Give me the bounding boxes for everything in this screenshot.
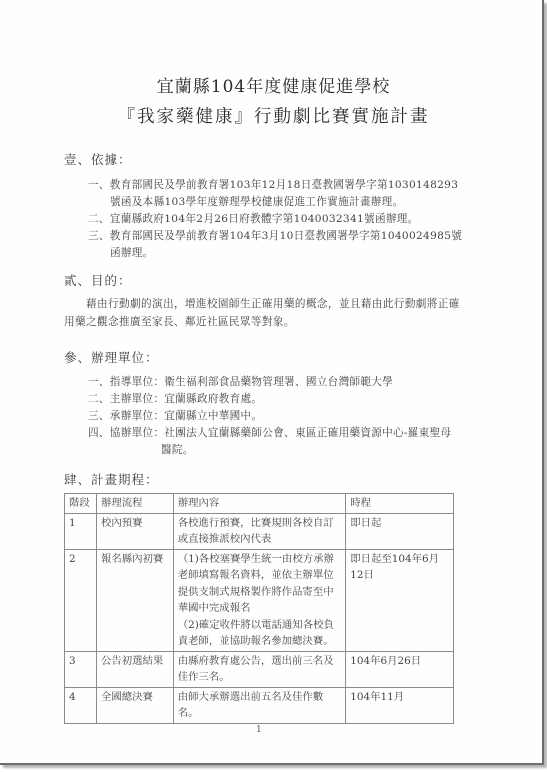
item-number: 四、	[88, 427, 110, 439]
basis-item-2: 二、宜蘭縣政府104年2月26日府教體字第1040032341號函辦理。	[88, 211, 419, 227]
item-text: 宜蘭縣政府教育處。	[164, 393, 262, 405]
cell-content: 各校進行預賽，比賽規則各校自訂 或直接推派校內代表	[173, 513, 346, 549]
item-label: 承辦單位：	[110, 410, 164, 422]
content-line: 提供支制式規格製作將作品寄至中	[178, 584, 342, 601]
content-line: 名。	[178, 705, 342, 722]
item-number: 三、	[88, 228, 110, 244]
organizer-guidance: 一、指導單位：衛生福利部食品藥物管理署、國立台灣師範大學	[88, 374, 393, 390]
cell-time: 104年6月26日	[346, 651, 454, 687]
cell-process: 報名縣內初賽	[96, 549, 173, 651]
content-line: 老師填寫報名資料，並依主辦單位	[178, 567, 342, 584]
cell-stage: 2	[65, 549, 97, 651]
item-number: 二、	[88, 211, 110, 227]
content-line: 各校進行預賽，比賽規則各校自訂	[178, 515, 342, 532]
basis-item-1-cont: 號函及本縣103學年度辦理學校健康促進工作實施計畫辦理。	[110, 194, 403, 210]
cell-time: 即日起	[346, 513, 454, 549]
item-text: 教育部國民及學前教育署103年12月18日臺教國署學字第1030148293	[110, 179, 458, 191]
cell-content: （1)各校塞賽學生統一由校方承辦 老師填寫報名資料，並依主辦單位 提供支制式規格…	[173, 549, 346, 651]
table-row: 2 報名縣內初賽 （1)各校塞賽學生統一由校方承辦 老師填寫報名資料，並依主辦單…	[65, 549, 454, 651]
header-stage: 階段	[65, 494, 97, 514]
organizer-executor: 三、承辦單位：宜蘭縣立中華國中。	[88, 408, 262, 424]
item-label: 指導單位：	[110, 376, 164, 388]
content-line: 責老師，並協助報名參加總決賽。	[178, 633, 342, 650]
purpose-paragraph-line2: 用藥之觀念推廣至家長、鄰近社區民眾等對象。	[64, 314, 295, 331]
basis-item-3-cont: 函辦理。	[110, 245, 154, 261]
basis-item-3: 三、教育部國民及學前教育署104年3月10日臺教國署學字第1040024985號	[88, 228, 462, 244]
section-heading-schedule: 肆、計畫期程：	[64, 470, 159, 488]
header-content: 辦理內容	[173, 494, 346, 514]
organizer-co-host-cont: 醫院。	[161, 442, 194, 458]
cell-content: 由縣府教育處公告，選出前三名及 佳作三名。	[173, 651, 346, 687]
section-heading-purpose: 貳、目的：	[64, 271, 132, 289]
item-label: 協辦單位：	[110, 427, 164, 439]
schedule-table: 階段 辦理流程 辦理內容 時程 1 校內預賽 各校進行預賽，比賽規則各校自訂 或…	[64, 493, 454, 724]
item-text: 衛生福利部食品藥物管理署、國立台灣師範大學	[164, 376, 393, 388]
section-heading-basis: 壹、依據：	[64, 150, 132, 168]
document-page: 宜蘭縣104年度健康促進學校 『我家藥健康』行動劇比賽實施計畫 壹、依據： 一、…	[0, 0, 544, 765]
table-header-row: 階段 辦理流程 辦理內容 時程	[65, 494, 454, 514]
cell-stage: 4	[65, 687, 97, 723]
content-line: 由師大承辦選出前五名及佳作數	[178, 689, 342, 706]
content-line: 佳作三名。	[178, 669, 342, 686]
item-number: 二、	[88, 393, 110, 405]
item-number: 一、	[88, 177, 110, 193]
header-time: 時程	[346, 494, 454, 514]
table-row: 4 全國總決賽 由師大承辦選出前五名及佳作數 名。 104年11月	[65, 687, 454, 723]
page-number: 1	[256, 725, 262, 735]
time-line: 104年11月	[350, 689, 449, 706]
content-line: 或直接推派校內代表	[178, 531, 342, 548]
content-line: 華國中完成報名	[178, 600, 342, 617]
cell-time: 即日起至104年6月 12日	[346, 549, 454, 651]
item-label: 主辦單位：	[110, 393, 164, 405]
organizer-co-host: 四、協辦單位：社團法人宜蘭縣藥師公會、東區正確用藥資源中心-羅東聖母	[88, 425, 451, 441]
item-text: 社團法人宜蘭縣藥師公會、東區正確用藥資源中心-羅東聖母	[164, 427, 451, 439]
document-title-line1: 宜蘭縣104年度健康促進學校	[0, 72, 547, 97]
cell-stage: 3	[65, 651, 97, 687]
purpose-paragraph-line1: 藉由行動劇的演出，增進校園師生正確用藥的概念，並且藉由此行動劇將正確	[86, 296, 460, 313]
item-number: 一、	[88, 376, 110, 388]
cell-process: 全國總決賽	[96, 687, 173, 723]
item-number: 三、	[88, 410, 110, 422]
content-line: （2)確定收件將以電話通知各校負	[178, 617, 342, 634]
cell-process: 公告初選結果	[96, 651, 173, 687]
time-line: 即日起	[350, 515, 449, 532]
table-row: 1 校內預賽 各校進行預賽，比賽規則各校自訂 或直接推派校內代表 即日起	[65, 513, 454, 549]
cell-time: 104年11月	[346, 687, 454, 723]
time-line: 即日起至104年6月	[350, 551, 449, 568]
document-title-line2: 『我家藥健康』行動劇比賽實施計畫	[0, 103, 547, 128]
section-heading-organizers: 參、辦理單位：	[64, 348, 159, 366]
time-line: 12日	[350, 567, 449, 584]
cell-content: 由師大承辦選出前五名及佳作數 名。	[173, 687, 346, 723]
table-row: 3 公告初選結果 由縣府教育處公告，選出前三名及 佳作三名。 104年6月26日	[65, 651, 454, 687]
cell-stage: 1	[65, 513, 97, 549]
header-process: 辦理流程	[96, 494, 173, 514]
item-text: 宜蘭縣立中華國中。	[164, 410, 262, 422]
item-text: 教育部國民及學前教育署104年3月10日臺教國署學字第1040024985號	[110, 230, 462, 242]
content-line: 由縣府教育處公告，選出前三名及	[178, 653, 342, 670]
basis-item-1: 一、教育部國民及學前教育署103年12月18日臺教國署學字第1030148293	[88, 177, 458, 193]
organizer-host: 二、主辦單位：宜蘭縣政府教育處。	[88, 391, 262, 407]
item-text: 宜蘭縣政府104年2月26日府教體字第1040032341號函辦理。	[110, 213, 419, 225]
content-line: （1)各校塞賽學生統一由校方承辦	[178, 551, 342, 568]
cell-process: 校內預賽	[96, 513, 173, 549]
time-line: 104年6月26日	[350, 653, 449, 670]
